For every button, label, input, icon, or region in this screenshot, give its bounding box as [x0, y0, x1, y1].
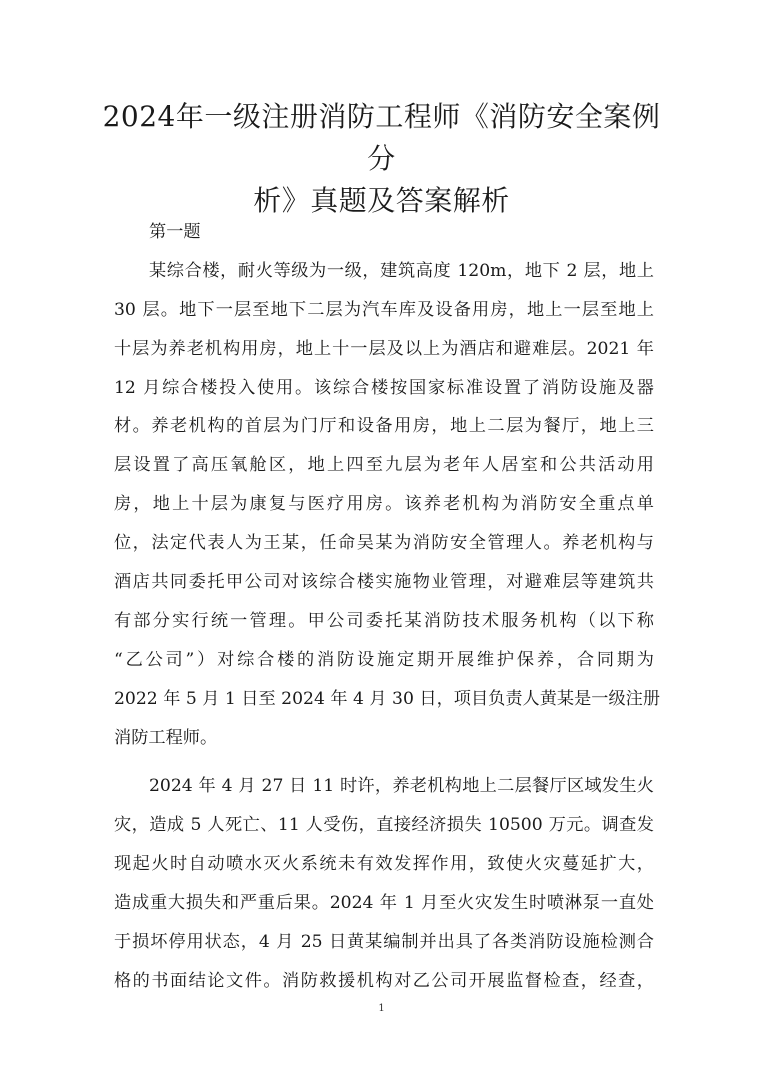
text-line: 30 层。地下一层至地下二层为汽车库及设备用房，地上一层至地上	[114, 291, 654, 330]
text-line: 2022 年 5 月 1 日至 2024 年 4 月 30 日，项目负责人黄某是…	[114, 680, 654, 719]
text-line: 酒店共同委托甲公司对该综合楼实施物业管理，对避难层等建筑共	[114, 563, 654, 602]
text-line: 某综合楼，耐火等级为一级，建筑高度 120m，地下 2 层，地上	[114, 252, 654, 291]
text-line: 材。养老机构的首层为门厅和设备用房，地上二层为餐厅，地上三	[114, 407, 654, 446]
paragraph-1: 某综合楼，耐火等级为一级，建筑高度 120m，地下 2 层，地上 30 层。地下…	[114, 252, 654, 758]
text-line: 造成重大损失和严重后果。2024 年 1 月至火灾发生时喷淋泵一直处	[114, 884, 654, 923]
document-title: 2024年一级注册消防工程师《消防安全案例分 析》真题及答案解析	[90, 96, 673, 222]
paragraph-spacer	[114, 757, 654, 767]
text-line: 于损坏停用状态，4 月 25 日黄某编制并出具了各类消防设施检测合	[114, 923, 654, 962]
text-line: 层设置了高压氧舱区，地上四至九层为老年人居室和公共活动用	[114, 446, 654, 485]
text-line: 2024 年 4 月 27 日 11 时许，养老机构地上二层餐厅区域发生火	[114, 767, 654, 806]
text-line: 有部分实行统一管理。甲公司委托某消防技术服务机构（以下称	[114, 602, 654, 641]
title-line-1: 2024年一级注册消防工程师《消防安全案例分	[90, 96, 673, 180]
text-line: 格的书面结论文件。消防救援机构对乙公司开展监督检查，经查，	[114, 962, 654, 1001]
text-line: “乙公司”）对综合楼的消防设施定期开展维护保养，合同期为	[114, 641, 654, 680]
document-body: 第一题 某综合楼，耐火等级为一级，建筑高度 120m，地下 2 层，地上 30 …	[114, 213, 654, 1001]
page-number: 1	[0, 1003, 763, 1014]
text-line: 现起火时自动喷水灭火系统未有效发挥作用，致使火灾蔓延扩大，	[114, 845, 654, 884]
paragraph-2: 2024 年 4 月 27 日 11 时许，养老机构地上二层餐厅区域发生火 灾，…	[114, 767, 654, 1000]
section-heading: 第一题	[114, 213, 654, 252]
text-line: 十层为养老机构用房，地上十一层及以上为酒店和避难层。2021 年	[114, 330, 654, 369]
text-line: 消防工程师。	[114, 719, 654, 758]
text-line: 位，法定代表人为王某，任命吴某为消防安全管理人。养老机构与	[114, 524, 654, 563]
text-line: 12 月综合楼投入使用。该综合楼按国家标准设置了消防设施及器	[114, 369, 654, 408]
text-line: 灾，造成 5 人死亡、11 人受伤，直接经济损失 10500 万元。调查发	[114, 806, 654, 845]
text-line: 房，地上十层为康复与医疗用房。该养老机构为消防安全重点单	[114, 485, 654, 524]
